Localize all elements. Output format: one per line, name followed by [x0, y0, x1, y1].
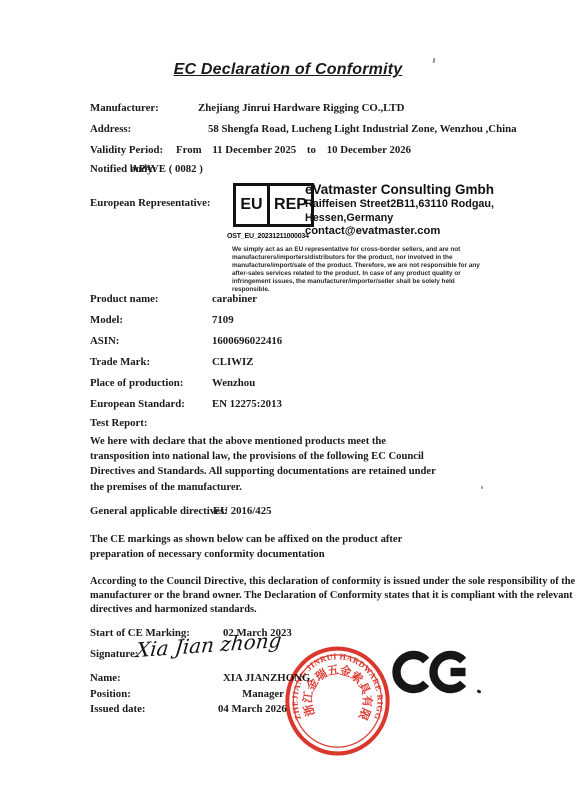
- model-value: 7109: [212, 314, 234, 327]
- eu-rep-code: OST_EU_20231211000034: [227, 233, 309, 240]
- ink-speck: [481, 486, 483, 489]
- general-directives-label: General applicable directives:: [90, 505, 228, 517]
- council-paragraph: According to the Council Directive, this…: [90, 575, 576, 618]
- eu-rep-address-line1: Raiffeisen Street2B11,63110 Rodgau,: [305, 198, 494, 212]
- product-name-value: carabiner: [212, 293, 257, 306]
- row-general-directives: General applicable directives: EU 2016/4…: [90, 505, 228, 518]
- trade-mark-label: Trade Mark:: [90, 356, 150, 368]
- declaration-paragraph: We here with declare that the above ment…: [90, 434, 445, 495]
- validity-value: From 11 December 2025 to 10 December 202…: [176, 144, 411, 157]
- row-asin: ASIN: 1600696022416: [90, 335, 119, 348]
- eu-rep-address-line2: Hessen,Germany: [305, 212, 494, 226]
- european-standard-value: EN 12275:2013: [212, 398, 282, 411]
- issued-date-label: Issued date:: [90, 703, 146, 715]
- eu-rep-company-block: eVatmaster Consulting Gmbh Raiffeisen St…: [305, 182, 494, 239]
- european-standard-label: European Standard:: [90, 398, 185, 410]
- signature-label: Signature:: [90, 648, 138, 660]
- row-address: Address: 58 Shengfa Road, Lucheng Light …: [90, 123, 131, 136]
- row-manufacturer: Manufacturer: Zhejiang Jinrui Hardware R…: [90, 102, 159, 115]
- place-of-production-label: Place of production:: [90, 377, 183, 389]
- document-page: EC Declaration of Conformity Manufacture…: [0, 0, 576, 800]
- validity-label: Validity Period:: [90, 144, 163, 156]
- ce-mark-icon: [392, 647, 472, 697]
- notified-body-value: APAVE ( 0082 ): [131, 163, 203, 176]
- row-issued-date: Issued date: 04 March 2026: [90, 703, 146, 716]
- row-test-report: Test Report:: [90, 417, 147, 430]
- row-product-name: Product name: carabiner: [90, 293, 158, 306]
- european-representative-label: European Representative:: [90, 197, 210, 209]
- row-name: Name: XIA JIANZHONG: [90, 672, 121, 685]
- asin-value: 1600696022416: [212, 335, 282, 348]
- row-validity-period: Validity Period: From 11 December 2025 t…: [90, 144, 163, 157]
- product-name-label: Product name:: [90, 293, 158, 305]
- place-of-production-value: Wenzhou: [212, 377, 255, 390]
- eu-rep-badge-eu: EU: [236, 186, 267, 224]
- test-report-label: Test Report:: [90, 417, 147, 429]
- company-stamp: ZHEJIANG JINRUI HARDWARE RIGGING CO.,LTD…: [283, 644, 392, 758]
- document-title: EC Declaration of Conformity: [0, 61, 576, 79]
- manufacturer-label: Manufacturer:: [90, 102, 159, 114]
- eu-rep-badge: EU REP: [233, 183, 314, 227]
- row-model: Model: 7109: [90, 314, 123, 327]
- row-european-representative: European Representative:: [90, 197, 210, 210]
- name-label: Name:: [90, 672, 121, 684]
- address-value: 58 Shengfa Road, Lucheng Light Industria…: [208, 123, 517, 136]
- eu-rep-company-name: eVatmaster Consulting Gmbh: [305, 182, 494, 198]
- ce-markings-paragraph: The CE markings as shown below can be af…: [90, 533, 458, 562]
- row-position: Position: Manager: [90, 688, 131, 701]
- general-directives-value: EU 2016/425: [213, 505, 272, 518]
- row-trade-mark: Trade Mark: CLIWIZ: [90, 356, 150, 369]
- position-value: Manager: [242, 688, 284, 701]
- ink-speck: [477, 689, 482, 694]
- address-label: Address:: [90, 123, 131, 135]
- manufacturer-value: Zhejiang Jinrui Hardware Rigging CO.,LTD: [198, 102, 404, 115]
- position-label: Position:: [90, 688, 131, 700]
- issued-date-value: 04 March 2026: [218, 703, 287, 716]
- asin-label: ASIN:: [90, 335, 119, 347]
- eu-rep-disclaimer: We simply act as an EU representative fo…: [232, 246, 485, 293]
- row-signature: Signature:: [90, 648, 138, 661]
- model-label: Model:: [90, 314, 123, 326]
- row-european-standard: European Standard: EN 12275:2013: [90, 398, 185, 411]
- trade-mark-value: CLIWIZ: [212, 356, 253, 369]
- row-place-of-production: Place of production: Wenzhou: [90, 377, 183, 390]
- eu-rep-email: contact@evatmaster.com: [305, 225, 494, 239]
- row-notified-body: Notified body: APAVE ( 0082 ): [90, 163, 156, 176]
